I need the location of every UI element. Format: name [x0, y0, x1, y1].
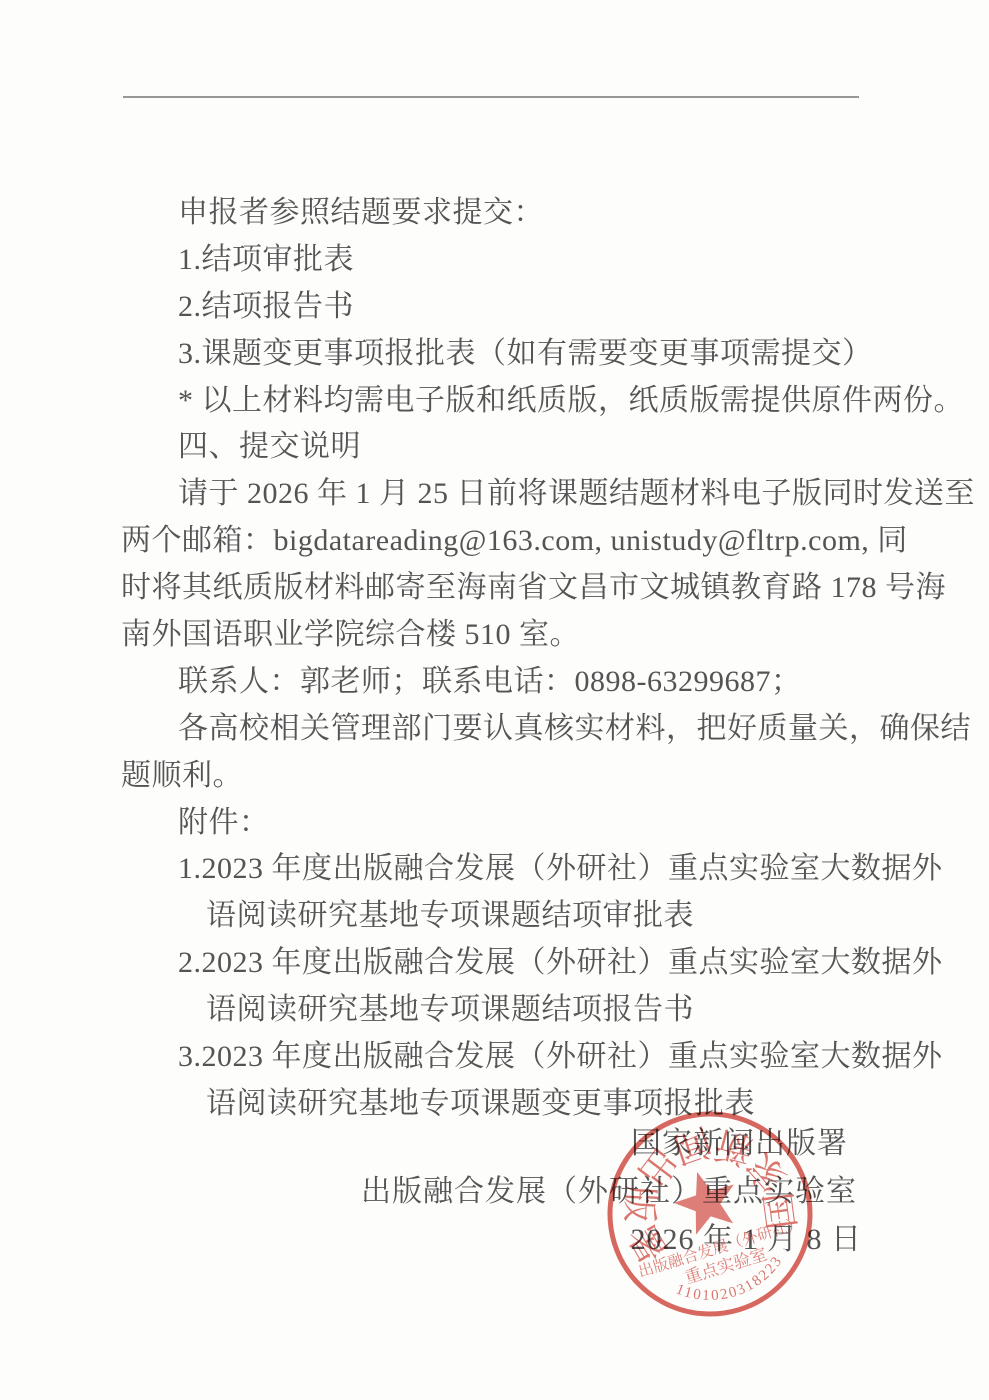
text-line: 1.2023 年度出版融合发展（外研社）重点实验室大数据外: [121, 846, 869, 893]
text-line: 各高校相关管理部门要认真核实材料，把好质量关，确保结: [121, 706, 869, 753]
signature-block: 国家新闻出版署 出版融合发展（外研社）重点实验室 2026 年 1 月 8 日: [361, 1120, 862, 1264]
text-line: 题顺利。: [121, 753, 869, 800]
text-line: 3.课题变更事项报批表（如有需要变更事项需提交）: [121, 331, 869, 378]
text-line: 2.2023 年度出版融合发展（外研社）重点实验室大数据外: [121, 940, 869, 987]
document-body: 申报者参照结题要求提交：1.结项审批表2.结项报告书3.课题变更事项报批表（如有…: [121, 190, 869, 1128]
text-line: 两个邮箱：bigdatareading@163.com, unistudy@fl…: [121, 518, 869, 565]
signature-date: 2026 年 1 月 8 日: [361, 1216, 862, 1264]
document-page: 申报者参照结题要求提交：1.结项审批表2.结项报告书3.课题变更事项报批表（如有…: [0, 0, 989, 1400]
header-rule: [123, 96, 859, 98]
text-line: 语阅读研究基地专项课题结项报告书: [121, 987, 869, 1034]
text-line: 四、提交说明: [121, 424, 869, 471]
signature-org-line1: 国家新闻出版署: [361, 1120, 862, 1168]
signature-org-line2: 出版融合发展（外研社）重点实验室: [361, 1168, 862, 1216]
text-line: * 以上材料均需电子版和纸质版，纸质版需提供原件两份。: [121, 378, 869, 425]
text-line: 请于 2026 年 1 月 25 日前将课题结题材料电子版同时发送至: [121, 471, 869, 518]
text-line: 3.2023 年度出版融合发展（外研社）重点实验室大数据外: [121, 1034, 869, 1081]
text-line: 时将其纸质版材料邮寄至海南省文昌市文城镇教育路 178 号海: [121, 565, 869, 612]
text-line: 1.结项审批表: [121, 237, 869, 284]
text-line: 附件：: [121, 800, 869, 847]
text-line: 2.结项报告书: [121, 284, 869, 331]
text-line: 联系人：郭老师；联系电话：0898-63299687；: [121, 659, 869, 706]
text-line: 申报者参照结题要求提交：: [121, 190, 869, 237]
text-line: 南外国语职业学院综合楼 510 室。: [121, 612, 869, 659]
text-line: 语阅读研究基地专项课题结项审批表: [121, 893, 869, 940]
